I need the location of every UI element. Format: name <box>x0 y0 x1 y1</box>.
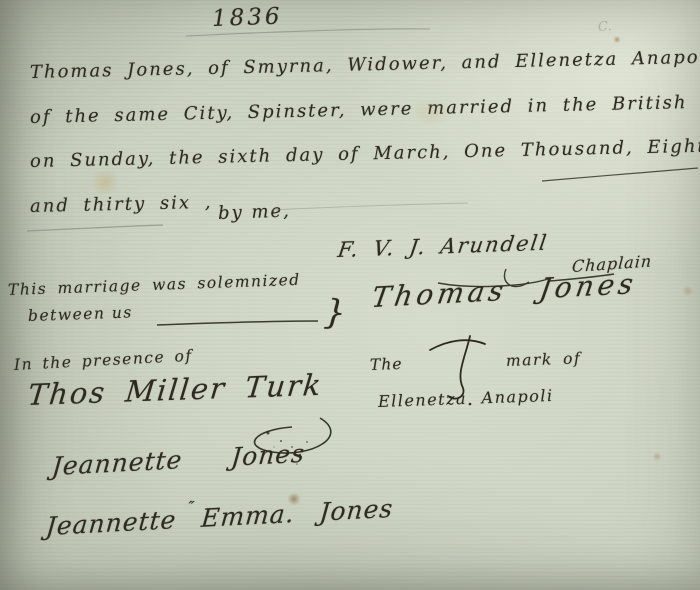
witness-signature-3: Jeannette Emma. Jones <box>45 494 395 541</box>
attestation-line-1: This marriage was solemnized <box>8 271 301 299</box>
attestation-line-2: between us <box>28 303 133 325</box>
by-me-text: by me, <box>218 200 292 224</box>
record-line-4: and thirty six , <box>30 192 213 217</box>
register-page: 1836 C. Thomas Jones, of Smyrna, Widower… <box>0 0 700 590</box>
record-line-1: Thomas Jones, of Smyrna, Widower, and El… <box>30 46 700 83</box>
presence-heading: In the presence of <box>14 347 194 374</box>
eight-hundred-underline <box>542 168 698 181</box>
year-heading: 1836 <box>212 4 283 32</box>
groom-signature: Thomas Jones <box>369 267 639 314</box>
officiant-signature: F. V. J. Arundell <box>336 231 549 262</box>
witness-signature-2: Jeannette Jones <box>51 439 307 481</box>
bride-mark-post-text: mark of <box>506 349 582 370</box>
attestation-rule <box>157 321 318 325</box>
corner-pencil-mark: C. <box>597 19 612 35</box>
attestation-brace: } <box>323 292 347 333</box>
lower-right-spot <box>652 452 662 461</box>
bride-name: Ellenetza Anapoli <box>378 386 554 411</box>
record-line-3: on Sunday, the sixth day of March, One T… <box>30 133 700 172</box>
right-edge-spot <box>682 286 694 296</box>
yellow-stain <box>88 170 122 194</box>
thirty-six-underline <box>27 225 163 231</box>
by-me-rule <box>272 203 468 210</box>
rust-spot <box>613 36 621 43</box>
bride-mark-pre-text: The <box>370 355 403 374</box>
witness-signature-1: Thos Miller Turk <box>26 368 324 412</box>
record-line-2: of the same City, Spinster, were married… <box>30 90 700 128</box>
